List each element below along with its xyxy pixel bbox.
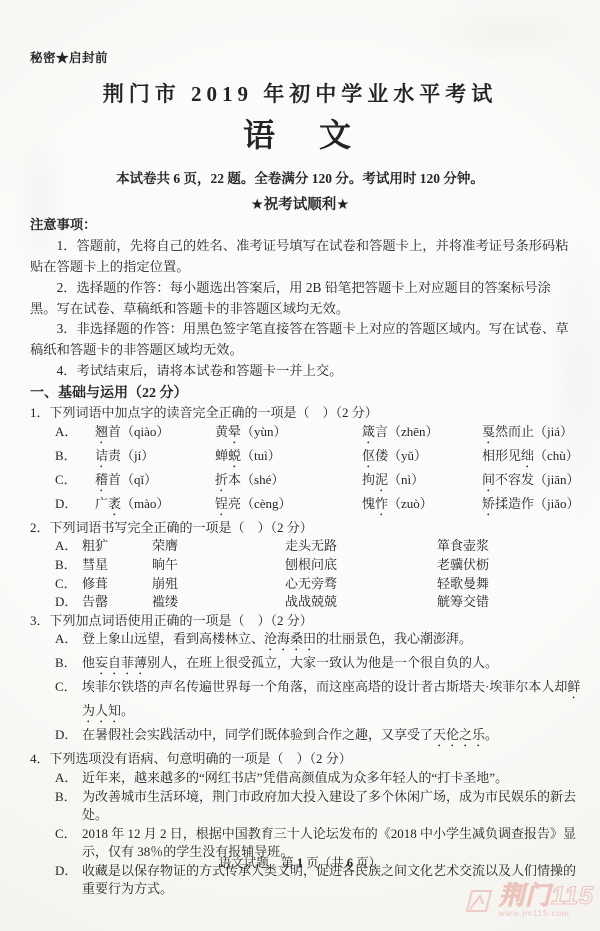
exam-paper-page: 秘密★启封前 荆门市 2019 年初中学业水平考试 语 文 本试卷共 6 页，2… (0, 0, 600, 931)
option-item: 戛然而止（jiá） (482, 423, 585, 447)
option-item: 矫揉造作（jiǎo） (482, 495, 585, 519)
option-item: 伛偻（yǔ） (362, 447, 482, 471)
option-row: A．粗犷荣膺走头无路箪食壶浆 (30, 537, 585, 556)
questions: 1．下列词语中加点字的读音完全正确的一项是（ ）（2 分）A．翘首（qiào）黄… (30, 404, 585, 899)
option-row: D．告罄褴缕战战兢兢觥筹交错 (30, 593, 585, 612)
option-text: 登上象山远望，看到高楼林立、沧海桑田的壮丽景色，我心潮澎湃。 (82, 630, 585, 654)
option-grid: 翘首（qiào）黄晕（yùn）箴言（zhēn）戛然而止（jiá） (95, 423, 585, 447)
option-row: A．登上象山远望，看到高楼林立、沧海桑田的壮丽景色，我心潮澎湃。 (30, 630, 585, 654)
page-footer: 语文试题 第 1 页（共 6 页） (0, 853, 600, 871)
option-grid: 彗星晌午刨根问底老骥伏枥 (82, 556, 585, 575)
option-row: B．诘责（jí）蝉蜕（tuì）伛偻（yǔ）相形见绌（chù） (30, 447, 585, 471)
option-item: 间不容发（jiān） (482, 471, 585, 495)
option-item: 告罄 (82, 593, 152, 612)
option-item: 拘泥（nì） (362, 471, 482, 495)
question-stem: 2．下列词语书写完全正确的一项是（ ）（2 分） (30, 519, 585, 538)
option-item: 相形见绌（chù） (482, 447, 585, 471)
question-q3: 3．下列加点词语使用正确的一项是（ ）（2 分）A．登上象山远望，看到高楼林立、… (30, 612, 585, 751)
option-item: 黄晕（yùn） (215, 423, 362, 447)
option-item: 战战兢兢 (285, 593, 437, 612)
question-q1: 1．下列词语中加点字的读音完全正确的一项是（ ）（2 分）A．翘首（qiào）黄… (30, 404, 585, 519)
option-label: B． (55, 788, 82, 825)
notice-item: 4．考试结束后，请将本试卷和答题卡一并上交。 (30, 361, 575, 382)
option-text: 为改善城市生活环境，荆门市政府加大投入建设了多个休闲广场，成为市民娱乐的新去处。 (82, 788, 585, 825)
question-stem: 4．下列选项没有语病、句意明确的一项是（ ）（2 分） (30, 750, 585, 769)
option-grid: 修葺崩殂心无旁骛轻歌曼舞 (82, 575, 585, 594)
notice-item: 2．选择题的作答：每小题选出答案后，用 2B 铅笔把答题卡上对应题目的答案标号涂… (30, 278, 575, 320)
option-item: 褴缕 (152, 593, 285, 612)
option-label: A． (55, 537, 82, 556)
option-item: 晌午 (152, 556, 285, 575)
option-label: D． (55, 495, 95, 519)
question-stem: 3．下列加点词语使用正确的一项是（ ）（2 分） (30, 612, 585, 631)
scan-noise (420, 4, 590, 62)
option-label: D． (55, 726, 82, 750)
option-item: 轻歌曼舞 (437, 575, 585, 594)
option-row: A．近年来，越来越多的“网红书店”凭借高颜值成为众多年轻人的“打卡圣地”。 (30, 769, 585, 788)
option-item: 彗星 (82, 556, 152, 575)
option-item: 愧怍（zuò） (362, 495, 482, 519)
option-label: B． (55, 556, 82, 575)
option-row: C．埃菲尔铁塔的声名传遍世界每一个角落，而这座高塔的设计者古斯塔夫·埃菲尔本人却… (30, 678, 585, 726)
watermark: 荆门115 www.jm115.com (464, 884, 594, 919)
question-number: 1． (30, 405, 50, 420)
notice-item: 3．非选择题的作答：用黑色签字笔直接答在答题卡上对应的答题区域内。写在试卷、草稿… (30, 319, 575, 361)
option-label: C． (55, 678, 82, 726)
option-text: 近年来，越来越多的“网红书店”凭借高颜值成为众多年轻人的“打卡圣地”。 (82, 769, 585, 788)
option-grid: 粗犷荣膺走头无路箪食壶浆 (82, 537, 585, 556)
question-number: 2． (30, 520, 50, 535)
option-grid: 诘责（jí）蝉蜕（tuì）伛偻（yǔ）相形见绌（chù） (95, 447, 585, 471)
option-row: A．翘首（qiào）黄晕（yùn）箴言（zhēn）戛然而止（jiá） (30, 423, 585, 447)
option-label: A． (55, 630, 82, 654)
option-item: 锃亮（cèng） (215, 495, 362, 519)
option-item: 刨根问底 (285, 556, 437, 575)
option-row: C．稽首（qǐ）折本（shé）拘泥（nì）间不容发（jiān） (30, 471, 585, 495)
option-label: C． (55, 471, 95, 495)
option-row: B．为改善城市生活环境，荆门市政府加大投入建设了多个休闲广场，成为市民娱乐的新去… (30, 788, 585, 825)
option-row: B．他妄自菲薄别人，在班上很受孤立，大家一致认为他是一个很自负的人。 (30, 654, 585, 678)
notice-section: 注意事项： 1．答题前，先将自己的姓名、准考证号填写在试卷和答题卡上，并将准考证… (30, 215, 575, 382)
option-grid: 稽首（qǐ）折本（shé）拘泥（nì）间不容发（jiān） (95, 471, 585, 495)
exam-info: 本试卷共 6 页，22 题。全卷满分 120 分。考试用时 120 分钟。 (0, 167, 600, 187)
option-label: B． (55, 654, 82, 678)
notice-list: 1．答题前，先将自己的姓名、准考证号填写在试卷和答题卡上，并将准考证号条形码粘贴… (30, 236, 575, 382)
option-row: B．彗星晌午刨根问底老骥伏枥 (30, 556, 585, 575)
option-item: 觥筹交错 (437, 593, 585, 612)
option-row: C．修葺崩殂心无旁骛轻歌曼舞 (30, 575, 585, 594)
option-text: 在暑假社会实践活动中，同学们既体验到合作之趣，又享受了天伦之乐。 (82, 726, 585, 750)
question-q4: 4．下列选项没有语病、句意明确的一项是（ ）（2 分）A．近年来，越来越多的“网… (30, 750, 585, 899)
watermark-url: www.jm115.com (499, 910, 594, 918)
option-text: 他妄自菲薄别人，在班上很受孤立，大家一致认为他是一个很自负的人。 (82, 654, 585, 678)
option-item: 粗犷 (82, 537, 152, 556)
option-item: 诘责（jí） (95, 447, 215, 471)
option-row: D．广袤（mào）锃亮（cèng）愧怍（zuò）矫揉造作（jiǎo） (30, 495, 585, 519)
option-item: 箪食壶浆 (437, 537, 585, 556)
option-label: D． (55, 593, 82, 612)
option-label: A． (55, 769, 82, 788)
option-item: 广袤（mào） (95, 495, 215, 519)
option-text: 埃菲尔铁塔的声名传遍世界每一个角落，而这座高塔的设计者古斯塔夫·埃菲尔本人却鲜为… (82, 678, 585, 726)
question-number: 4． (30, 751, 50, 766)
option-item: 蝉蜕（tuì） (215, 447, 362, 471)
option-grid: 告罄褴缕战战兢兢觥筹交错 (82, 593, 585, 612)
watermark-logo-icon (464, 888, 494, 919)
subject-title: 语 文 (0, 110, 600, 156)
watermark-text: 荆门115 www.jm115.com (499, 884, 594, 918)
option-grid: 广袤（mào）锃亮（cèng）愧怍（zuò）矫揉造作（jiǎo） (95, 495, 585, 519)
notice-item: 1．答题前，先将自己的姓名、准考证号填写在试卷和答题卡上，并将准考证号条形码粘贴… (30, 236, 575, 278)
watermark-brand: 荆门115 (499, 884, 594, 909)
option-item: 翘首（qiào） (95, 423, 215, 447)
option-label: B． (55, 447, 95, 471)
question-area: 一、基础与运用（22 分） 1．下列词语中加点字的读音完全正确的一项是（ ）（2… (30, 384, 585, 899)
option-item: 荣膺 (152, 537, 285, 556)
question-number: 3． (30, 613, 50, 628)
question-q2: 2．下列词语书写完全正确的一项是（ ）（2 分）A．粗犷荣膺走头无路箪食壶浆B．… (30, 519, 585, 612)
classification-label: 秘密★启封前 (30, 48, 108, 66)
exam-wish: ★祝考试顺利★ (0, 193, 600, 214)
option-item: 心无旁骛 (285, 575, 437, 594)
exam-title: 荆门市 2019 年初中学业水平考试 (0, 78, 600, 108)
section-heading: 一、基础与运用（22 分） (30, 384, 585, 404)
notice-heading: 注意事项： (30, 215, 575, 236)
option-label: A． (55, 423, 95, 447)
option-label: C． (55, 575, 82, 594)
option-item: 老骥伏枥 (437, 556, 585, 575)
option-item: 稽首（qǐ） (95, 471, 215, 495)
question-stem: 1．下列词语中加点字的读音完全正确的一项是（ ）（2 分） (30, 404, 585, 423)
option-item: 修葺 (82, 575, 152, 594)
option-row: D．在暑假社会实践活动中，同学们既体验到合作之趣，又享受了天伦之乐。 (30, 726, 585, 750)
option-item: 走头无路 (285, 537, 437, 556)
option-item: 箴言（zhēn） (362, 423, 482, 447)
option-item: 折本（shé） (215, 471, 362, 495)
option-item: 崩殂 (152, 575, 285, 594)
